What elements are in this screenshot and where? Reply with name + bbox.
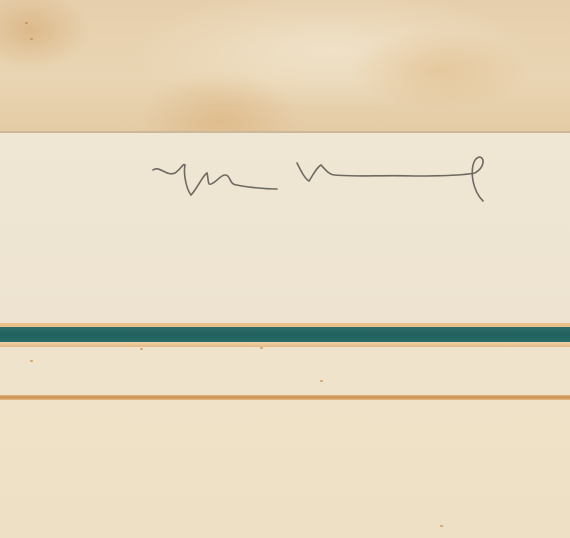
foxing-spot [30, 38, 33, 40]
aged-paper-top [0, 0, 570, 131]
foxing-spot [30, 360, 33, 362]
aged-paper-bottom [0, 400, 570, 538]
cream-band [0, 347, 570, 395]
pencil-signature [145, 145, 495, 215]
foxing-spot [260, 347, 263, 349]
foxing-spot [440, 525, 443, 527]
foxing-spot [25, 22, 28, 24]
foxing-spot [140, 348, 143, 350]
green-band [0, 327, 570, 342]
foxing-spot [320, 380, 323, 382]
